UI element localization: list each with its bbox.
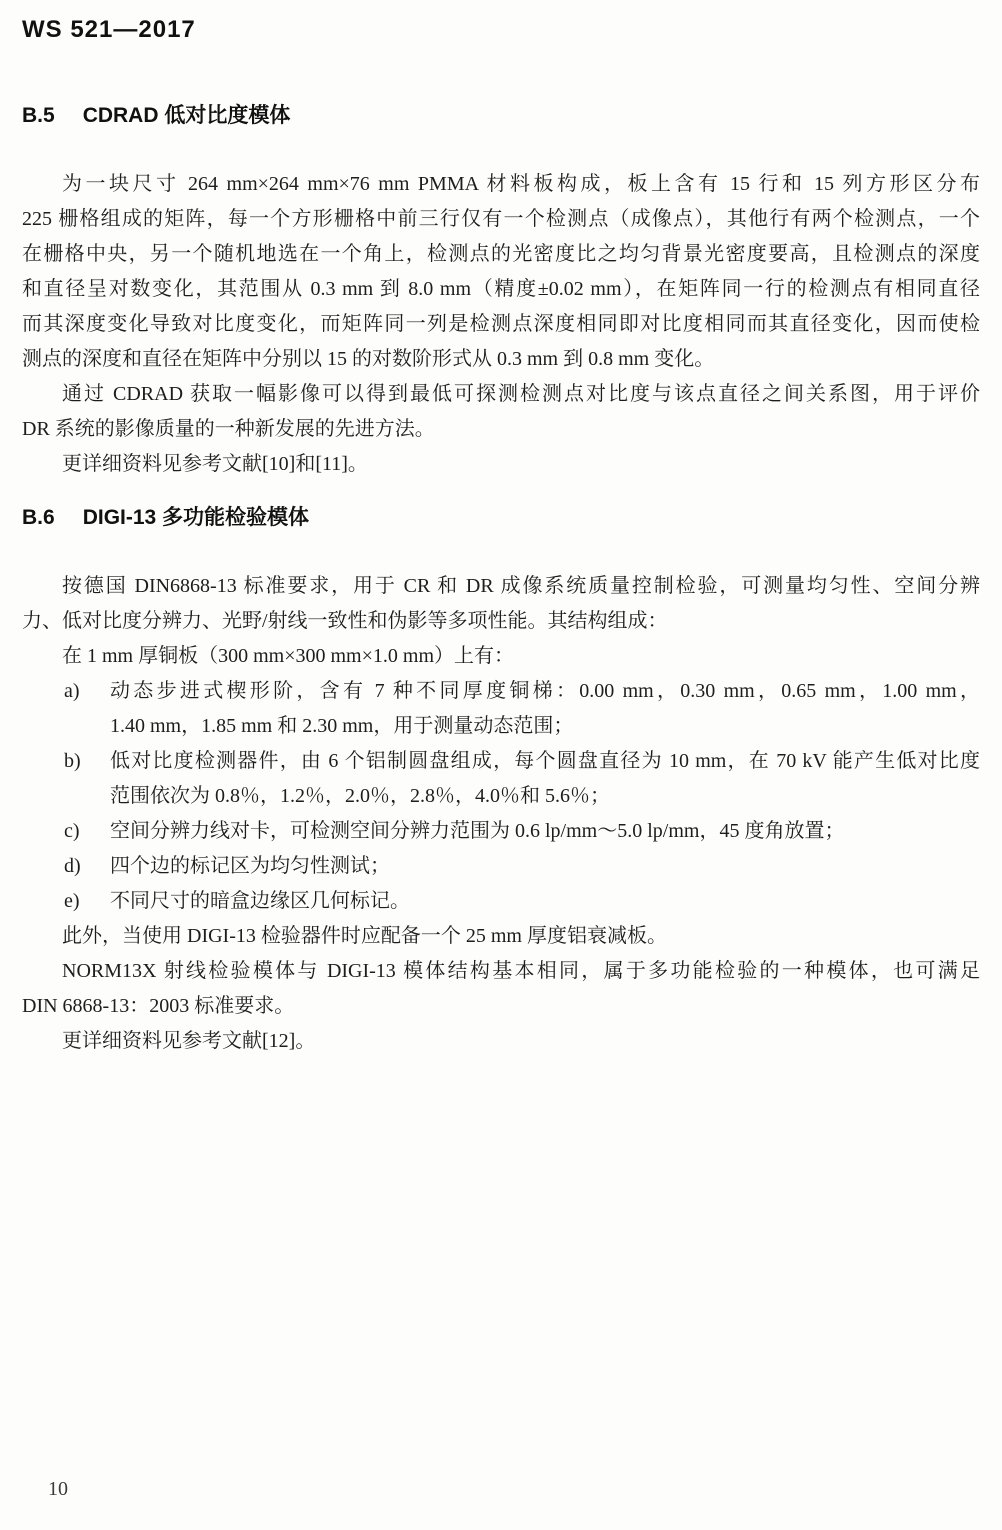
list-item-e-label: e) bbox=[64, 884, 80, 919]
paragraph-line: NORM13X 射线检验模体与 DIGI-13 模体结构基本相同，属于多功能检验… bbox=[22, 954, 980, 989]
section-b5-heading: B.5CDRAD 低对比度模体 bbox=[22, 98, 980, 133]
list-item-c-label: c) bbox=[64, 814, 80, 849]
list-item-a-continuation: 1.40 mm，1.85 mm 和 2.30 mm，用于测量动态范围； bbox=[22, 709, 980, 744]
paragraph-line: DR 系统的影像质量的一种新发展的先进方法。 bbox=[22, 412, 980, 447]
b6-paragraph-3: 此外，当使用 DIGI-13 检验器件时应配备一个 25 mm 厚度铝衰减板。 bbox=[22, 919, 980, 954]
list-item-a-text-2: 1.40 mm，1.85 mm 和 2.30 mm，用于测量动态范围； bbox=[110, 715, 573, 737]
document-page: WS 521—2017 B.5CDRAD 低对比度模体 为一块尺寸 264 mm… bbox=[0, 0, 1002, 1530]
list-item-b-continuation: 范围依次为 0.8％，1.2％，2.0％，2.8％，4.0％和 5.6％； bbox=[22, 779, 980, 814]
list-item-d-label: d) bbox=[64, 849, 81, 884]
b5-paragraph-1: 为一块尺寸 264 mm×264 mm×76 mm PMMA 材料板构成，板上含… bbox=[22, 167, 980, 377]
paragraph-line: DIN 6868-13：2003 标准要求。 bbox=[22, 989, 980, 1024]
list-item-d-text: 四个边的标记区为均匀性测试； bbox=[110, 855, 390, 877]
list-item-e-text: 不同尺寸的暗盒边缘区几何标记。 bbox=[110, 890, 410, 912]
list-item-b-label: b) bbox=[64, 744, 81, 779]
b6-paragraph-1: 按德国 DIN6868-13 标准要求，用于 CR 和 DR 成像系统质量控制检… bbox=[22, 569, 980, 639]
list-item-d: d)四个边的标记区为均匀性测试； bbox=[22, 849, 980, 884]
section-b5-title: CDRAD 低对比度模体 bbox=[83, 104, 291, 127]
paragraph-line: 为一块尺寸 264 mm×264 mm×76 mm PMMA 材料板构成，板上含… bbox=[22, 167, 980, 202]
b6-paragraph-5: 更详细资料见参考文献[12]。 bbox=[22, 1024, 980, 1059]
reference-note-line: 更详细资料见参考文献[10]和[11]。 bbox=[22, 447, 980, 482]
section-b6-title: DIGI-13 多功能检验模体 bbox=[83, 506, 309, 529]
paragraph-line: 而其深度变化导致对比度变化，而矩阵同一列是检测点深度相同即对比度相同而其直径变化… bbox=[22, 307, 980, 342]
section-b6-heading: B.6DIGI-13 多功能检验模体 bbox=[22, 500, 980, 535]
paragraph-line: 在栅格中央，另一个随机地选在一个角上，检测点的光密度比之均匀背景光密度要高，且检… bbox=[22, 237, 980, 272]
section-b5-number: B.5 bbox=[22, 104, 55, 127]
list-item-a-label: a) bbox=[64, 674, 80, 709]
b6-component-list: a)动态步进式楔形阶，含有 7 种不同厚度铜梯：0.00 mm，0.30 mm，… bbox=[22, 674, 980, 919]
paragraph-line: 225 栅格组成的矩阵，每一个方形栅格中前三行仅有一个检测点（成像点），其他行有… bbox=[22, 202, 980, 237]
section-b6-number: B.6 bbox=[22, 506, 55, 529]
paragraph-line: 此外，当使用 DIGI-13 检验器件时应配备一个 25 mm 厚度铝衰减板。 bbox=[22, 919, 980, 954]
paragraph-line: 测点的深度和直径在矩阵中分别以 15 的对数阶形式从 0.3 mm 到 0.8 … bbox=[22, 342, 980, 377]
paragraph-line: 和直径呈对数变化，其范围从 0.3 mm 到 8.0 mm（精度±0.02 mm… bbox=[22, 272, 980, 307]
paragraph-line: 力、低对比度分辨力、光野/射线一致性和伪影等多项性能。其结构组成： bbox=[22, 604, 980, 639]
list-item-c: c)空间分辨力线对卡，可检测空间分辨力范围为 0.6 lp/mm～5.0 lp/… bbox=[22, 814, 980, 849]
list-item-b: b)低对比度检测器件，由 6 个铝制圆盘组成，每个圆盘直径为 10 mm，在 7… bbox=[22, 744, 980, 779]
b6-paragraph-4: NORM13X 射线检验模体与 DIGI-13 模体结构基本相同，属于多功能检验… bbox=[22, 954, 980, 1024]
b5-paragraph-2: 通过 CDRAD 获取一幅影像可以得到最低可探测检测点对比度与该点直径之间关系图… bbox=[22, 377, 980, 447]
b5-paragraph-3: 更详细资料见参考文献[10]和[11]。 bbox=[22, 447, 980, 482]
paragraph-line: 通过 CDRAD 获取一幅影像可以得到最低可探测检测点对比度与该点直径之间关系图… bbox=[22, 377, 980, 412]
paragraph-line: 按德国 DIN6868-13 标准要求，用于 CR 和 DR 成像系统质量控制检… bbox=[22, 569, 980, 604]
list-item-e: e)不同尺寸的暗盒边缘区几何标记。 bbox=[22, 884, 980, 919]
page-number: 10 bbox=[48, 1478, 68, 1501]
list-item-b-text: 低对比度检测器件，由 6 个铝制圆盘组成，每个圆盘直径为 10 mm，在 70 … bbox=[110, 750, 980, 772]
list-item-b-text-2: 范围依次为 0.8％，1.2％，2.0％，2.8％，4.0％和 5.6％； bbox=[110, 785, 610, 807]
list-item-a-text: 动态步进式楔形阶，含有 7 种不同厚度铜梯：0.00 mm，0.30 mm，0.… bbox=[110, 680, 980, 702]
standard-number-header: WS 521—2017 bbox=[22, 16, 196, 44]
document-body: B.5CDRAD 低对比度模体 为一块尺寸 264 mm×264 mm×76 m… bbox=[22, 48, 980, 1059]
list-item-a: a)动态步进式楔形阶，含有 7 种不同厚度铜梯：0.00 mm，0.30 mm，… bbox=[22, 674, 980, 709]
b6-paragraph-2: 在 1 mm 厚铜板（300 mm×300 mm×1.0 mm）上有： bbox=[22, 639, 980, 674]
list-item-c-text: 空间分辨力线对卡，可检测空间分辨力范围为 0.6 lp/mm～5.0 lp/mm… bbox=[110, 820, 844, 842]
reference-note-line: 更详细资料见参考文献[12]。 bbox=[22, 1024, 980, 1059]
paragraph-line: 在 1 mm 厚铜板（300 mm×300 mm×1.0 mm）上有： bbox=[22, 639, 980, 674]
